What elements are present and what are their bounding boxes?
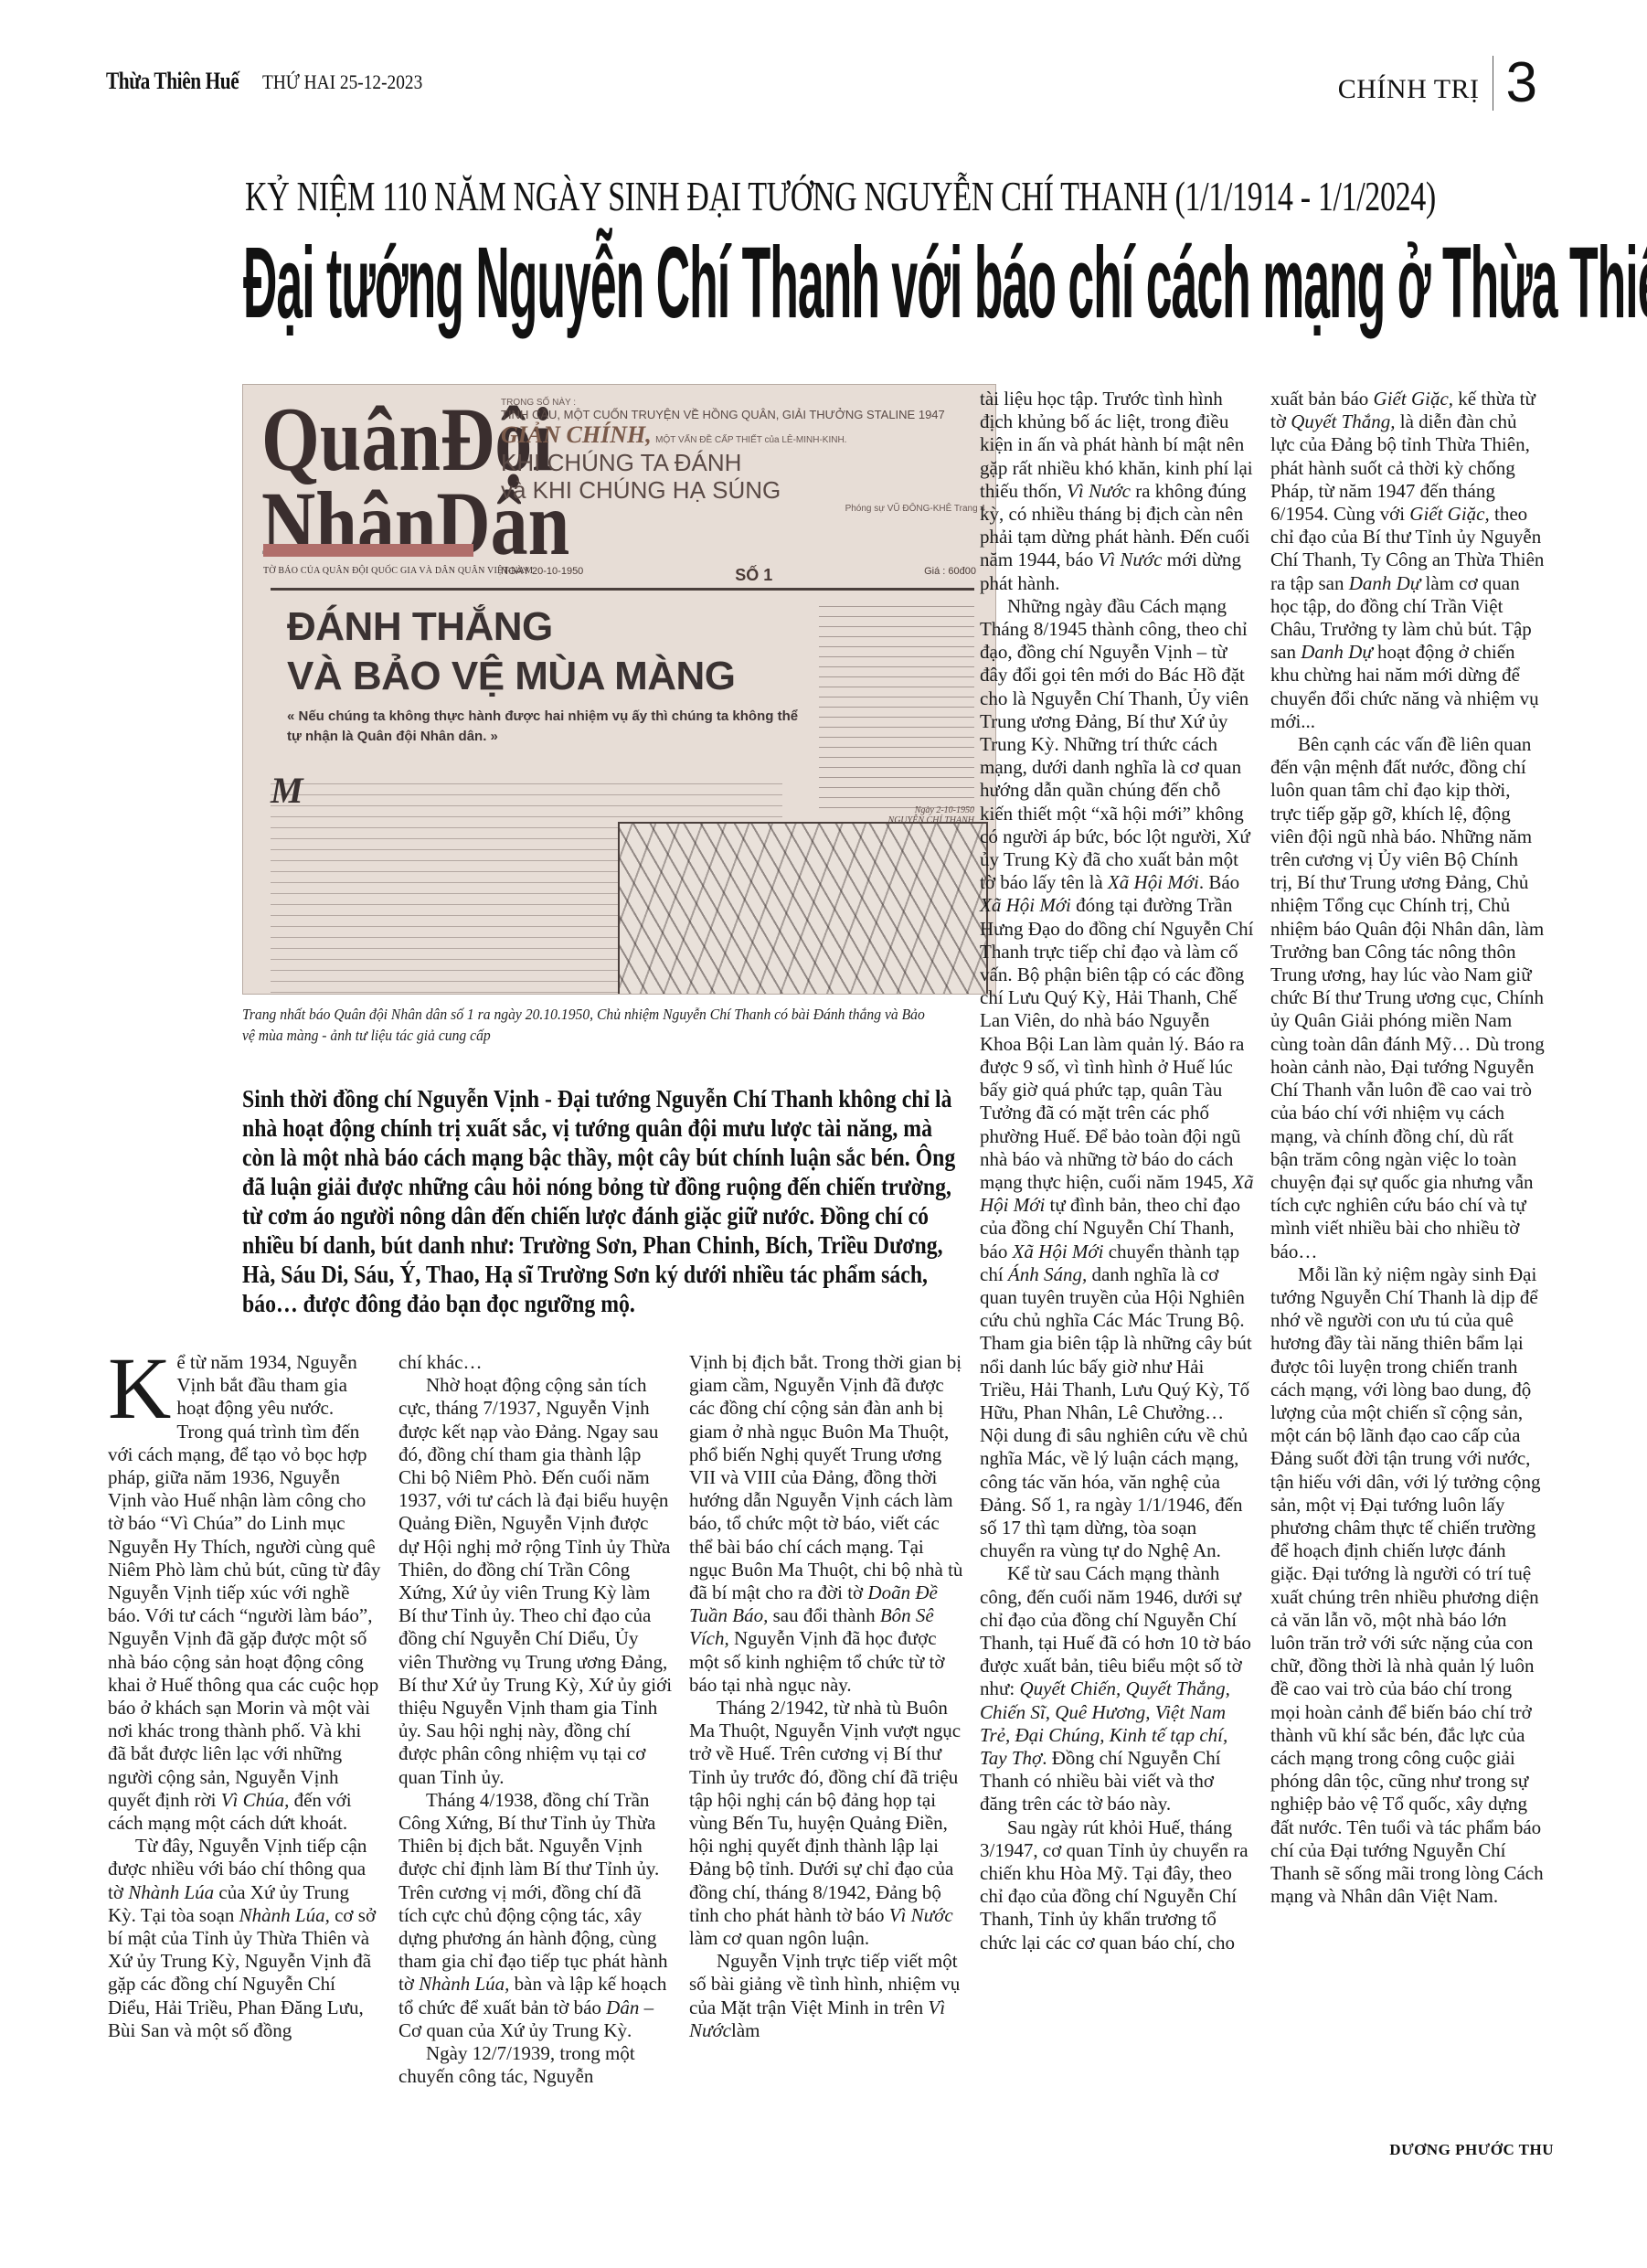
paragraph: Tháng 4/1938, đồng chí Trần Công Xứng, B…	[398, 1789, 673, 2042]
page-number: 3	[1506, 55, 1537, 112]
paragraph: chí khác…	[398, 1351, 673, 1374]
paragraph: xuất bản báo Giết Giặc, kế thừa từ tờ Qu…	[1270, 388, 1545, 733]
author-byline: DƯƠNG PHƯỚC THU	[1362, 2141, 1554, 2159]
photo-quote: « Nếu chúng ta không thực hành được hai …	[287, 707, 799, 747]
paragraph: Mỗi lần kỷ niệm ngày sinh Đại tướng Nguy…	[1270, 1263, 1545, 1909]
article-column-4: tài liệu học tập. Trước tình hình địch k…	[980, 388, 1254, 1954]
article-column-2: chí khác… Nhờ hoạt động cộng sản tích cự…	[398, 1351, 673, 2089]
photo-issue-row: NGÀY 20-10-1950 SỐ 1 Giá : 60đ00	[501, 566, 976, 585]
paragraph: Những ngày đầu Cách mạng Tháng 8/1945 th…	[980, 595, 1254, 1563]
article-sapo: Sinh thời đồng chí Nguyễn Vịnh - Đại tướ…	[242, 1084, 966, 1318]
photo-main-headline: ĐÁNH THẮNG VÀ BẢO VỆ MÙA MÀNG	[287, 602, 736, 701]
paragraph: Kể từ sau Cách mạng thành công, đến cuối…	[980, 1562, 1254, 1815]
paragraph: Vịnh bị địch bắt. Trong thời gian bị gia…	[689, 1351, 963, 1697]
paragraph: Nhờ hoạt động cộng sản tích cực, tháng 7…	[398, 1374, 673, 1789]
photo-caption: Trang nhất báo Quân đội Nhân dân số 1 ra…	[242, 1004, 940, 1046]
article-headline: Đại tướng Nguyễn Chí Thanh với báo chí c…	[243, 229, 862, 338]
paragraph: Từ đây, Nguyễn Vịnh tiếp cận được nhiều …	[108, 1835, 382, 2042]
article-column-5: xuất bản báo Giết Giặc, kế thừa từ tờ Qu…	[1270, 388, 1545, 1908]
masthead-left: Thừa Thiên Huế THỨ HAI 25-12-2023	[106, 68, 444, 104]
paragraph: Nguyễn Vịnh trực tiếp viết một số bài gi…	[689, 1950, 963, 2042]
paragraph: Kể từ năm 1934, Nguyễn Vịnh bắt đầu tham…	[108, 1351, 382, 1835]
photo-logo-tagline: TỜ BÁO CỦA QUÂN ĐỘI QUỐC GIA VÀ DÂN QUÂN…	[263, 566, 533, 576]
dropcap: K	[108, 1355, 171, 1422]
paragraph: Sau ngày rút khỏi Huế, tháng 3/1947, cơ …	[980, 1816, 1254, 1954]
article-kicker: KỶ NIỆM 110 NĂM NGÀY SINH ĐẠI TƯỚNG NGUY…	[245, 172, 1206, 220]
paragraph: Ngày 12/7/1939, trong một chuyến công tá…	[398, 2042, 673, 2088]
paragraph: Bên cạnh các vấn đề liên quan đến vận mệ…	[1270, 733, 1545, 1263]
paragraph: tài liệu học tập. Trước tình hình địch k…	[980, 388, 1254, 595]
photo-dropcap: M	[271, 769, 303, 812]
article-column-3: Vịnh bị địch bắt. Trong thời gian bị gia…	[689, 1351, 963, 2042]
paper-name: Thừa Thiên Huế	[106, 68, 239, 95]
photo-side-column	[819, 601, 974, 811]
paragraph: Tháng 2/1942, từ nhà tù Buôn Ma Thuột, N…	[689, 1697, 963, 1950]
issue-date: THỨ HAI 25-12-2023	[262, 70, 422, 94]
photo-rule	[271, 588, 974, 591]
section-divider	[1493, 56, 1493, 111]
masthead-right: CHÍNH TRỊ 3	[1338, 55, 1537, 112]
photo-logo-bar	[263, 544, 473, 557]
section-name: CHÍNH TRỊ	[1338, 74, 1480, 105]
photo-teasers: TRONG SỐ NÀY : TINH CẦU, MỘT CUỐN TRUYỆN…	[501, 398, 985, 514]
photo-illustration	[618, 822, 988, 995]
article-photo: QuânĐội NhânDân TỜ BÁO CỦA QUÂN ĐỘI QUỐC…	[242, 384, 996, 995]
article-column-1: Kể từ năm 1934, Nguyễn Vịnh bắt đầu tham…	[108, 1351, 382, 2042]
